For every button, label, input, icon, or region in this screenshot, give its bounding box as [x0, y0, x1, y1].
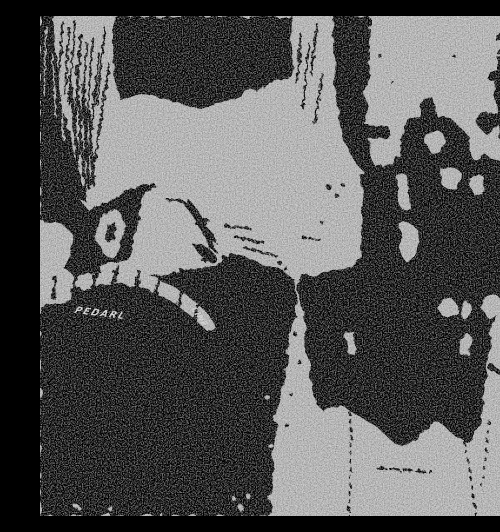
photo-canvas: PEDARL LINE: [40, 16, 500, 516]
photo-root: PEDARL LINE: [40, 16, 500, 516]
stylized-photo: PEDARL LINE Grainy high-contrast monochr…: [40, 16, 500, 516]
light-sliver-1: [398, 174, 410, 210]
light-blob-floor-5: [482, 295, 500, 318]
nostril: [201, 258, 207, 262]
